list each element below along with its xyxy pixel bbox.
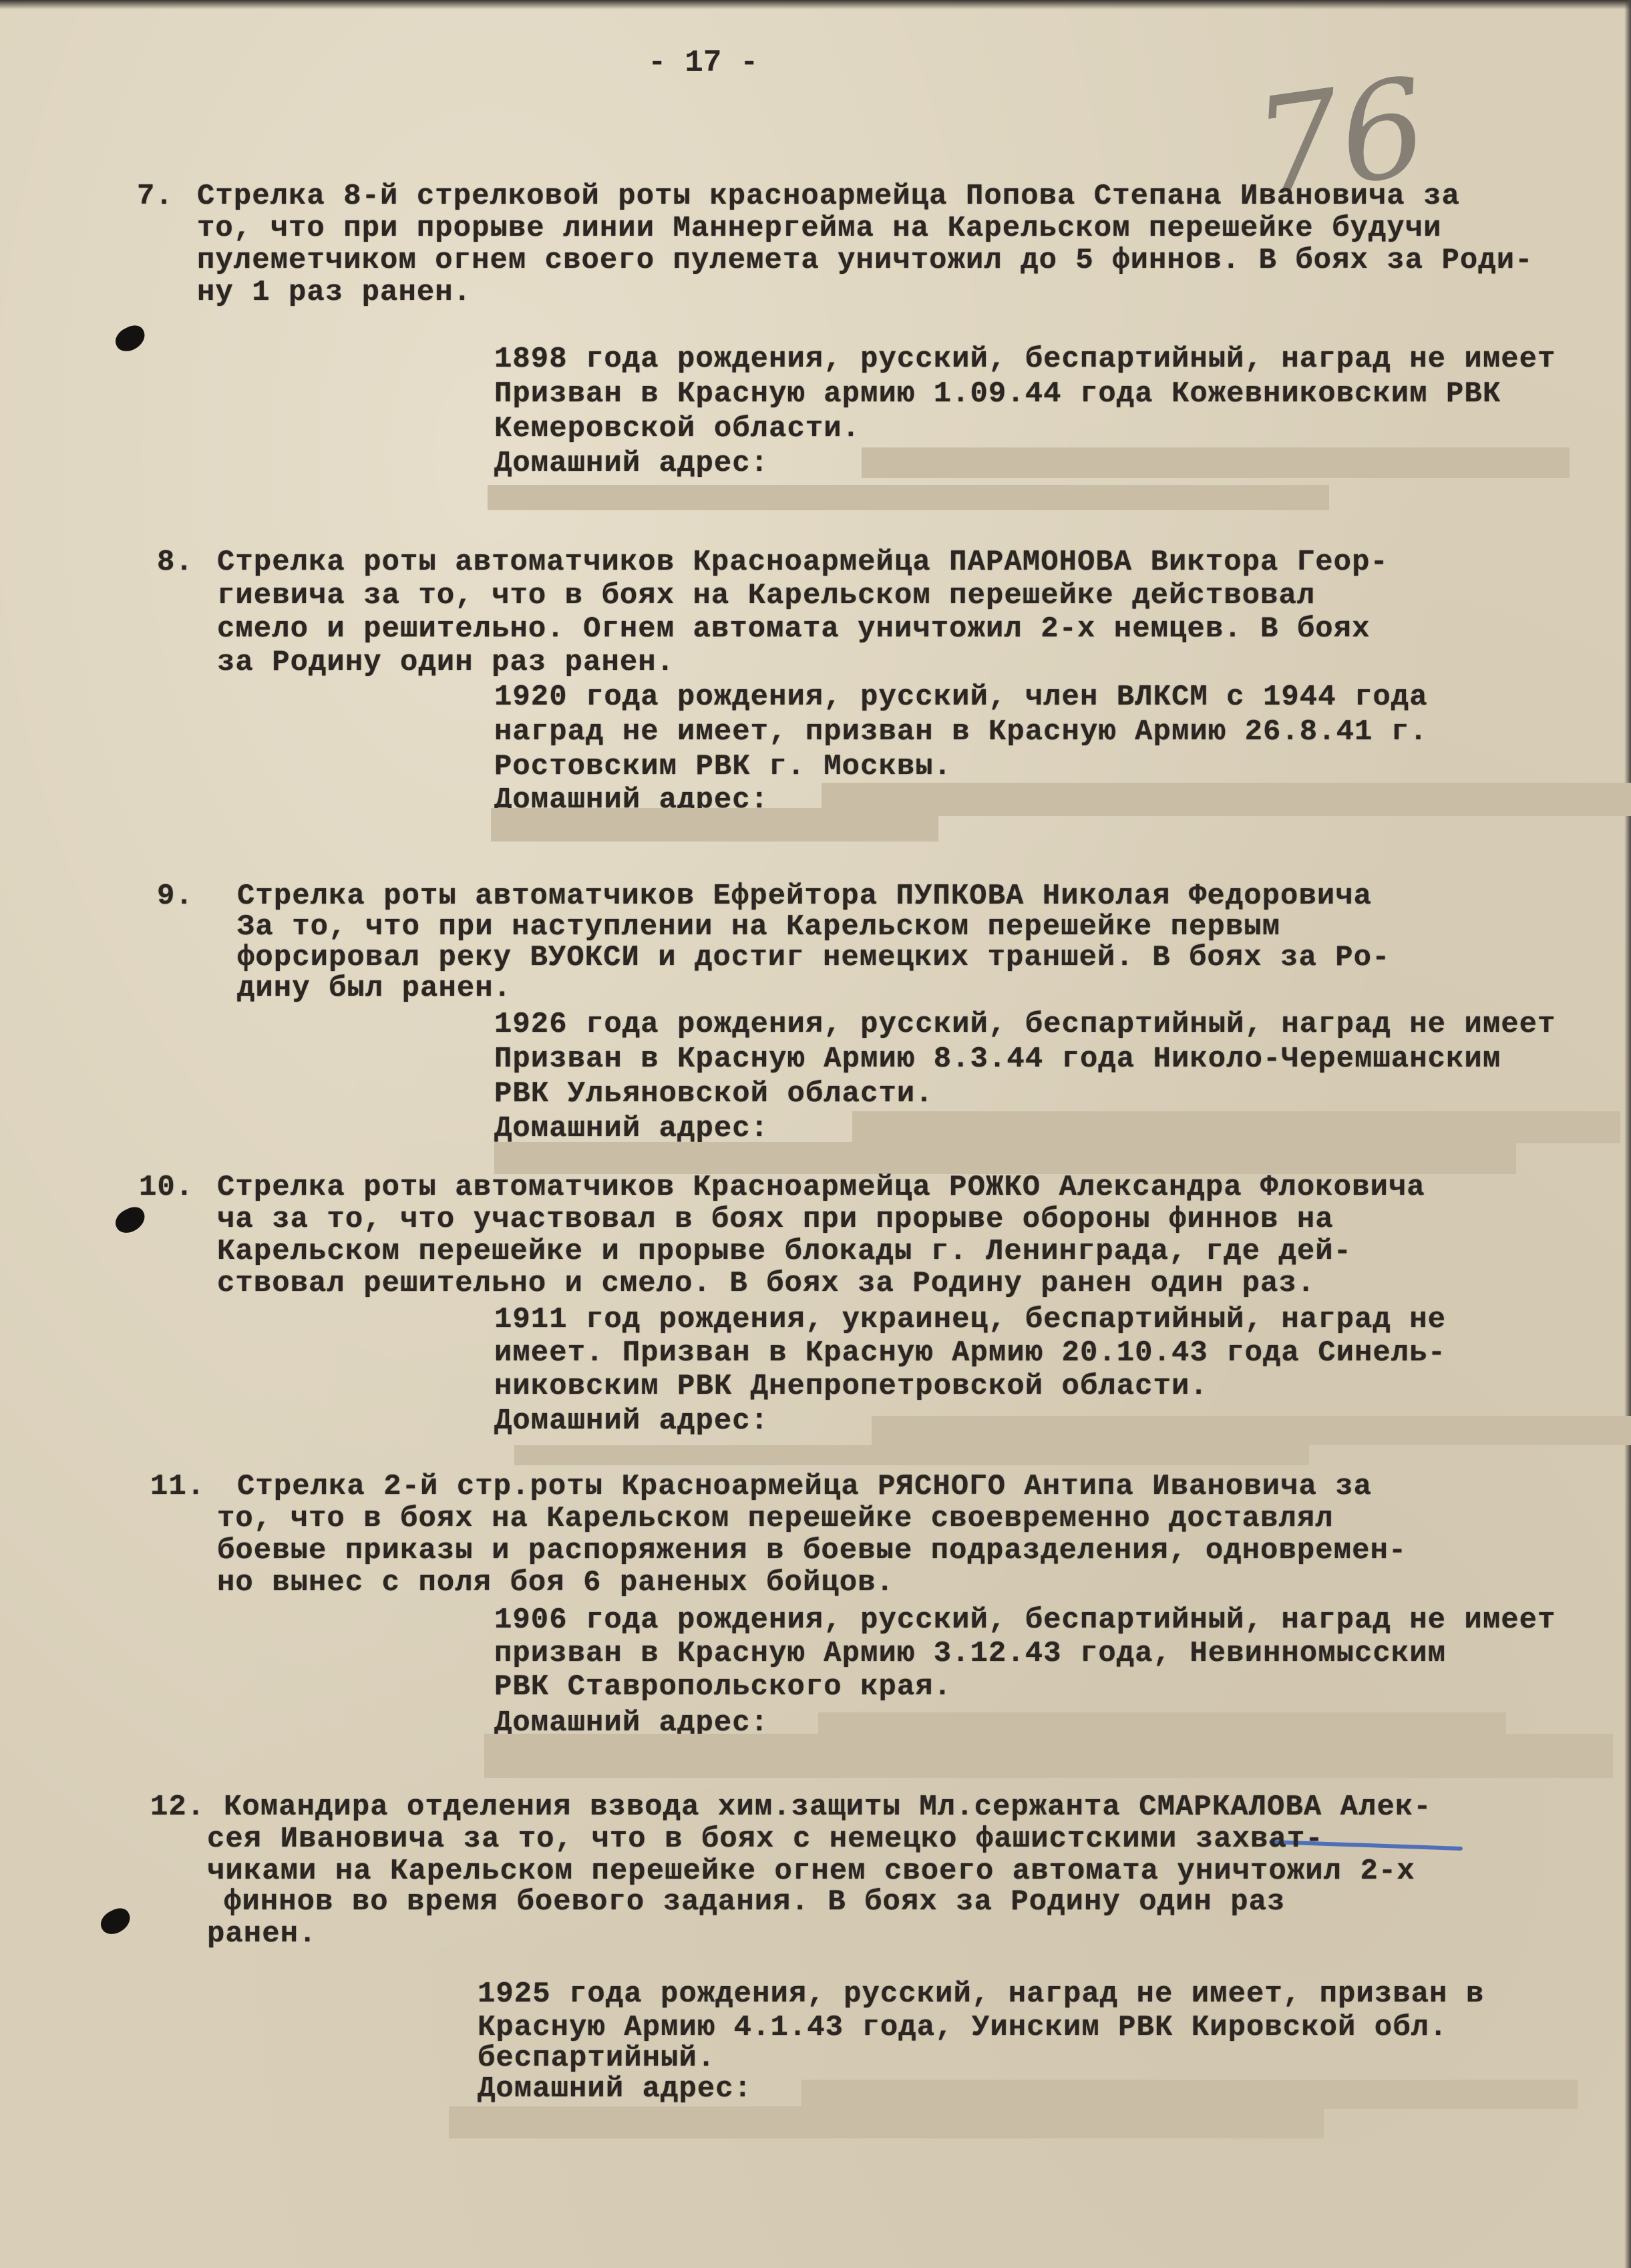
document-page: - 17 - 76 7. Стрелка 8-й стрелковой роты…	[0, 0, 1631, 2268]
bio-line: Кемеровской области.	[494, 411, 860, 446]
entry-line: чиками на Карельском перешейке огнем сво…	[207, 1854, 1415, 1889]
punch-hole-icon	[112, 1203, 149, 1237]
bio-line: РВК Ульяновской области.	[494, 1077, 934, 1111]
entry-line: пулеметчиком огнем своего пулемета уничт…	[197, 243, 1533, 278]
redacted-address	[872, 1416, 1631, 1445]
entry-line: За то, что при наступлении на Карельском…	[237, 910, 1280, 944]
entry-line: Стрелка 2-й стр.роты Красноармейца РЯСНО…	[237, 1469, 1372, 1504]
entry-line: дину был ранен.	[237, 971, 512, 1006]
home-address-label: Домашний адрес:	[478, 2072, 752, 2106]
entry-number: 12.	[150, 1790, 205, 1825]
bio-line: Призван в Красную Армию 8.3.44 года Нико…	[494, 1042, 1501, 1077]
entry-line: форсировал реку ВУОКСИ и достиг немецких…	[237, 940, 1390, 975]
entry-line: финнов во время боевого задания. В боях …	[224, 1885, 1285, 1919]
redacted-address	[494, 1142, 1516, 1174]
entry-line: то, что в боях на Карельском перешейке с…	[217, 1501, 1334, 1536]
bio-line: РВК Ставропольского края.	[494, 1670, 952, 1704]
entry-line: ча за то, что участвовал в боях при прор…	[217, 1202, 1334, 1237]
entry-line: за Родину один раз ранен.	[217, 645, 675, 680]
entry-line: боевые приказы и распоряжения в боевые п…	[217, 1533, 1407, 1568]
entry-number: 8.	[157, 545, 194, 580]
redacted-address	[514, 1445, 1309, 1465]
bio-line: наград не имеет, призван в Красную Армию…	[494, 715, 1428, 749]
page-right-edge	[1624, 0, 1631, 2268]
entry-line: Стрелка роты автоматчиков Красноармейца …	[217, 545, 1389, 580]
redacted-address	[801, 2080, 1578, 2109]
punch-hole-icon	[97, 1905, 134, 1938]
entry-line: сея Ивановича за то, что в боях с немецк…	[207, 1822, 1324, 1857]
redacted-address	[822, 783, 1631, 816]
entry-line: ствовал решительно и смело. В боях за Ро…	[217, 1266, 1315, 1301]
entry-number: 7.	[137, 179, 174, 214]
bio-line: 1925 года рождения, русский, наград не и…	[478, 1977, 1484, 2012]
entry-line: гиевича за то, что в боях на Карельском …	[217, 578, 1315, 613]
entry-line: Стрелка роты автоматчиков Красноармейца …	[217, 1170, 1425, 1205]
page-top-edge	[0, 0, 1631, 9]
entry-line: ранен.	[207, 1917, 317, 1951]
entry-line: Стрелка роты автоматчиков Ефрейтора ПУПК…	[237, 879, 1372, 914]
redacted-address	[491, 808, 938, 841]
home-address-label: Домашний адрес:	[494, 1404, 769, 1439]
entry-line: но вынес с поля боя 6 раненых бойцов.	[217, 1565, 894, 1600]
entry-line: Стрелка 8-й стрелковой роты красноармейц…	[197, 179, 1460, 214]
bio-line: имеет. Призван в Красную Армию 20.10.43 …	[494, 1336, 1446, 1370]
bio-line: 1911 год рождения, украинец, беспартийны…	[494, 1302, 1446, 1337]
home-address-label: Домашний адрес:	[494, 446, 769, 481]
bio-line: 1898 года рождения, русский, беспартийны…	[494, 342, 1556, 377]
entry-line: ну 1 раз ранен.	[197, 275, 472, 310]
redacted-address	[449, 2106, 1324, 2138]
bio-line: призван в Красную Армию 3.12.43 года, Не…	[494, 1636, 1446, 1671]
bio-line: 1920 года рождения, русский, член ВЛКСМ …	[494, 680, 1428, 715]
home-address-label: Домашний адрес:	[494, 1111, 769, 1146]
redacted-address	[484, 1734, 1613, 1778]
redacted-address	[862, 447, 1570, 478]
bio-line: никовским РВК Днепропетровской области.	[494, 1369, 1208, 1404]
bio-line: Ростовским РВК г. Москвы.	[494, 749, 952, 784]
punch-hole-icon	[112, 322, 149, 355]
redacted-address	[852, 1111, 1620, 1143]
bio-line: Призван в Красную армию 1.09.44 года Кож…	[494, 377, 1501, 411]
entry-line: Командира отделения взвода хим.защиты Мл…	[224, 1790, 1432, 1825]
redacted-address	[488, 485, 1329, 510]
entry-line: то, что при прорыве линии Маннергейма на…	[197, 211, 1442, 246]
page-number: - 17 -	[648, 45, 759, 80]
entry-line: Карельском перешейке и прорыве блокады г…	[217, 1234, 1352, 1269]
bio-line: беспартийный.	[478, 2041, 715, 2076]
entry-number: 11.	[150, 1469, 205, 1504]
bio-line: 1906 года рождения, русский, беспартийны…	[494, 1603, 1556, 1638]
bio-line: 1926 года рождения, русский, беспартийны…	[494, 1007, 1556, 1042]
bio-line: Красную Армию 4.1.43 года, Уинским РВК К…	[478, 2010, 1447, 2045]
entry-number: 10.	[139, 1170, 194, 1205]
entry-line: смело и решительно. Огнем автомата уничт…	[217, 612, 1370, 646]
redacted-address	[818, 1712, 1506, 1734]
entry-number: 9.	[157, 879, 194, 914]
